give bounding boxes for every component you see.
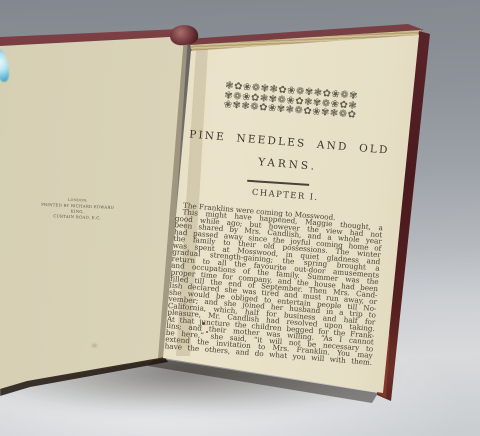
title-page-content: ❃✿❀❁✾❃✿❀❁✾❃✿❀❁✾✾❁❀✿❃✾❁❀✿❃✾❁❀✿❃❀✾❃❁✿❀✾❃❁✿… [159, 44, 407, 397]
printer-imprint: LONDON: PRINTED BY RICHARD EDWARD KING, … [35, 196, 120, 222]
chapter-body-text: The Franklins were coming to Mosswood.Th… [164, 202, 383, 366]
title-divider-rule [247, 180, 309, 186]
floral-headpiece-ornament: ❃✿❀❁✾❃✿❀❁✾❃✿❀❁✾✾❁❀✿❃✾❁❀✿❃✾❁❀✿❃❀✾❃❁✿❀✾❃❁✿… [205, 80, 377, 122]
page-speck [202, 322, 205, 325]
book-photograph: ❃✿❀❁✾❃✿❀❁✾❃✿❀❁✾✾❁❀✿❃✾❁❀✿❃✾❁❀✿❃❀✾❃❁✿❀✾❃❁✿… [0, 0, 480, 436]
page-speck [206, 331, 208, 333]
page-stain [92, 344, 97, 347]
